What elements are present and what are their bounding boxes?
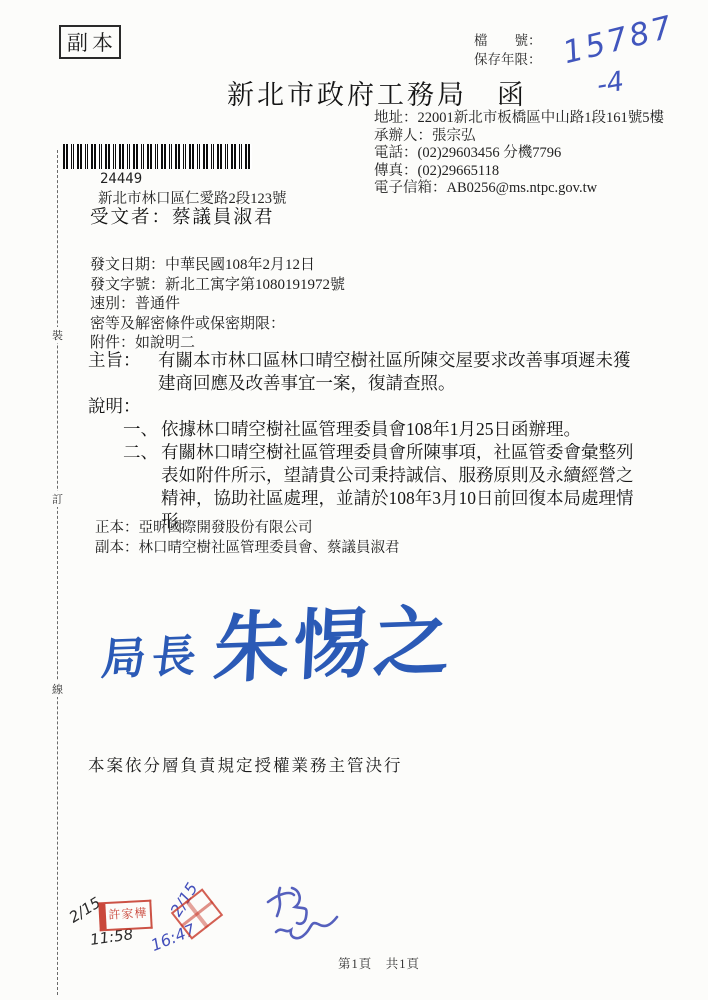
subject-paragraph: 主旨： 有關本市林口區林口晴空樹社區所陳交屋要求改善事項遲未獲建商回應及改善事宜…: [88, 349, 650, 395]
meta-speed: 速別：普通件: [90, 295, 345, 315]
recipient-code: 24449: [100, 171, 142, 187]
item-text: 依據林口晴空樹社區管理委員會108年1月25日函辦理。: [161, 418, 635, 441]
page-footer: 第1頁 共1頁: [338, 954, 420, 972]
distribution-block: 正本：亞昕國際開發股份有限公司 副本：林口晴空樹社區管理委員會、蔡議員淑君: [95, 519, 400, 558]
retention-label: 保存年限：: [474, 50, 542, 69]
red-name-seal: 許家樺: [98, 900, 152, 932]
meta-doc-number: 發文字號：新北工寓字第1080191972號: [90, 276, 345, 296]
copy-stamp-label: 副本: [67, 27, 117, 57]
contact-fax: 傳真：(02)29665118: [374, 163, 664, 181]
contact-email: 電子信箱：AB0256@ms.ntpc.gov.tw: [374, 180, 664, 198]
item-number: 一、: [123, 418, 161, 441]
original-to-line: 正本：亞昕國際開發股份有限公司: [95, 519, 400, 539]
contact-address: 地址：22001新北市板橋區中山路1段161號5樓: [374, 110, 664, 128]
contact-phone: 電話：(02)29603456 分機7796: [374, 145, 664, 163]
contact-block: 地址：22001新北市板橋區中山路1段161號5樓 承辦人：張宗弘 電話：(02…: [374, 110, 664, 198]
director-signature: 局長 朱惕之: [100, 580, 456, 701]
contact-officer: 承辦人：張宗弘: [374, 128, 664, 146]
subject-text: 有關本市林口區林口晴空樹社區所陳交屋要求改善事項遲未獲建商回應及改善事宜一案，復…: [158, 349, 636, 395]
binding-line: [57, 150, 58, 995]
signature-title: 局長: [99, 620, 206, 688]
letter-body: 主旨： 有關本市林口區林口晴空樹社區所陳交屋要求改善事項遲未獲建商回應及改善事宜…: [88, 349, 650, 533]
file-number-block: 檔 號： 保存年限：: [474, 31, 542, 69]
binding-char-zhuang: 裝: [51, 327, 64, 343]
meta-security: 密等及解密條件或保密期限：: [90, 315, 345, 335]
barcode: [63, 144, 252, 169]
file-number-label: 檔 號：: [474, 31, 542, 50]
explanation-item-1: 一、 依據林口晴空樹社區管理委員會108年1月25日函辦理。: [123, 418, 650, 441]
handwritten-signature-scribble: [258, 880, 354, 961]
explanation-label: 說明：: [88, 395, 650, 418]
handwritten-file-number: 15787: [559, 9, 678, 71]
binding-char-ding: 訂: [51, 491, 64, 507]
meta-block: 發文日期：中華民國108年2月12日 發文字號：新北工寓字第1080191972…: [90, 256, 345, 354]
copy-to-line: 副本：林口晴空樹社區管理委員會、蔡議員淑君: [95, 539, 400, 559]
signature-name: 朱惕之: [211, 580, 457, 698]
document-title: 新北市政府工務局 函: [46, 73, 708, 112]
copy-stamp-box: 副本: [59, 25, 121, 59]
subject-label: 主旨：: [88, 349, 158, 395]
recipient-line: 受文者：蔡議員淑君: [90, 203, 275, 229]
scanned-official-letter: 副本 檔 號： 保存年限： 15787 -4 新北市政府工務局 函 地址：220…: [0, 0, 708, 1000]
binding-char-xian: 線: [51, 681, 64, 697]
meta-date: 發文日期：中華民國108年2月12日: [90, 256, 345, 276]
delegation-note: 本案依分層負責規定授權業務主管決行: [88, 752, 403, 776]
